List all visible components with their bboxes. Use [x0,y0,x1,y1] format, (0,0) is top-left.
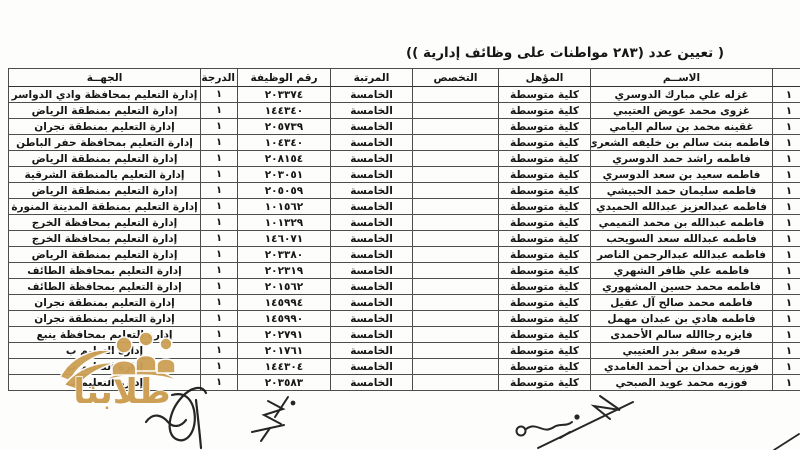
cell-specialization [413,103,499,119]
cell-specialization [413,151,499,167]
cell-entity: إدارة التعليم بمنطقة الرياض [9,183,201,199]
cell-name: فاطمه عبدالعزيز عبدالله الحميدي [591,199,773,215]
cell-job-number: ١٤٥٩٩٠ [238,311,331,327]
cell-entity: إدارة التعليم بمنطقة نجران [9,295,201,311]
table-row: ١ غزوى محمد عويض العتيبي كلية متوسطة الخ… [9,103,800,119]
header-qualification: المؤهل [499,69,591,87]
cell-qualification: كلية متوسطة [499,103,591,119]
cell-grade: ١ [201,247,238,263]
cell-qualification: كلية متوسطة [499,375,591,391]
cell-grade: ١ [201,279,238,295]
cell-specialization [413,199,499,215]
cell-rank: الخامسة [331,183,413,199]
table-row: ١ فاطمه عبدالله بن محمد التميمي كلية متو… [9,215,800,231]
cell-grade: ١ [201,167,238,183]
cell-rank: الخامسة [331,231,413,247]
cell-serial: ١ [773,183,800,199]
cell-job-number: ٢٠٢٣١٩ [238,263,331,279]
cell-entity: إدارة التعليم بمنطقة الرياض [9,247,201,263]
cell-entity: إدارة التعليم بمحافظة حفر الباطن [9,135,201,151]
cell-specialization [413,327,499,343]
cell-name: فاطمه عبدالله بن محمد التميمي [591,215,773,231]
cell-name: فوزيه حمدان بن أحمد الغامدي [591,359,773,375]
cell-name: فاطمه بنت سالم بن خليفه الشعرى [591,135,773,151]
cell-qualification: كلية متوسطة [499,199,591,215]
cell-job-number: ٢٠٥٧٣٩ [238,119,331,135]
cell-serial: ١ [773,135,800,151]
cell-name: فاطمه محمد حسين المشهوري [591,279,773,295]
cell-qualification: كلية متوسطة [499,295,591,311]
cell-grade: ١ [201,343,238,359]
cell-serial: ١ [773,215,800,231]
cell-specialization [413,183,499,199]
cell-specialization [413,343,499,359]
cell-specialization [413,247,499,263]
cell-job-number: ٢٠١٧٦١ [238,343,331,359]
cell-qualification: كلية متوسطة [499,327,591,343]
table-row: ١ فاطمه سليمان حمد الحبيشي كلية متوسطة ا… [9,183,800,199]
header-serial [773,69,800,87]
cell-rank: الخامسة [331,247,413,263]
cell-serial: ١ [773,119,800,135]
cell-job-number: ١٠١٣٢٩ [238,215,331,231]
cell-name: فاطمه علي ظافر الشهري [591,263,773,279]
cell-grade: ١ [201,215,238,231]
cell-entity: إدارة التعليم بمنطقة نجران [9,119,201,135]
cell-rank: الخامسة [331,103,413,119]
cell-qualification: كلية متوسطة [499,87,591,103]
cell-entity: إدارة التعليم بمنطقة الرياض [9,103,201,119]
table-row: ١ فاطمه راشد حمد الدوسري كلية متوسطة الخ… [9,151,800,167]
cell-serial: ١ [773,375,800,391]
cell-entity: إدارة التعليم ب [9,343,201,359]
cell-rank: الخامسة [331,359,413,375]
cell-serial: ١ [773,87,800,103]
signature-corner [774,434,799,450]
cell-name: فاطمه عبدالله عبدالرحمن الناصر [591,247,773,263]
cell-serial: ١ [773,103,800,119]
cell-name: فاطمه محمد صالح آل عقيل [591,295,773,311]
cell-rank: الخامسة [331,151,413,167]
cell-specialization [413,279,499,295]
cell-job-number: ٢٠٣٠٥١ [238,167,331,183]
cell-job-number: ٢٠٣٣٨٠ [238,247,331,263]
cell-specialization [413,215,499,231]
cell-qualification: كلية متوسطة [499,311,591,327]
cell-entity: إدارة التعليم بمنطقة المدينة المنورة [9,199,201,215]
cell-grade: ١ [201,263,238,279]
cell-name: فوزيه محمد عويد الصبحي [591,375,773,391]
table-header-row: الاســم المؤهل التخصص المرتبة رقم الوظيف… [9,69,800,87]
cell-serial: ١ [773,327,800,343]
cell-grade: ١ [201,327,238,343]
cell-rank: الخامسة [331,343,413,359]
cell-serial: ١ [773,199,800,215]
cell-qualification: كلية متوسطة [499,359,591,375]
cell-rank: الخامسة [331,119,413,135]
header-name: الاســم [591,69,773,87]
table-row: ١ فاطمه سعيد بن سعد الدوسري كلية متوسطة … [9,167,800,183]
cell-rank: الخامسة [331,167,413,183]
table-row: ١ فاطمه عبدالعزيز عبدالله الحميدي كلية م… [9,199,800,215]
table-row: ١ فاطمه بنت سالم بن خليفه الشعرى كلية مت… [9,135,800,151]
cell-grade: ١ [201,359,238,375]
cell-qualification: كلية متوسطة [499,151,591,167]
cell-job-number: ٢٠٥٠٥٩ [238,183,331,199]
cell-entity: إدارة التعليم بمنطقة نجران [9,311,201,327]
cell-entity: إدارة التعليم بمحافظة الطائف [9,263,201,279]
table-row: ١ غقينه محمد بن سالم اليامي كلية متوسطة … [9,119,800,135]
cell-name: فاطمه سليمان حمد الحبيشي [591,183,773,199]
cell-serial: ١ [773,247,800,263]
cell-job-number: ١٤٥٩٩٤ [238,295,331,311]
cell-name: فاطمه عبدالله سعد السويحب [591,231,773,247]
cell-job-number: ٢٠٢٧٩١ [238,327,331,343]
signature-center [252,397,294,441]
signature-right [517,396,634,448]
cell-name: فاطمه هادي بن عبدان مهمل [591,311,773,327]
cell-job-number: ٢٠١٥٦٢ [238,279,331,295]
cell-serial: ١ [773,279,800,295]
cell-rank: الخامسة [331,279,413,295]
table-row: ١ غزله علي مبارك الدوسري كلية متوسطة الخ… [9,87,800,103]
cell-job-number: ٢٠٨١٥٤ [238,151,331,167]
header-rank: المرتبة [331,69,413,87]
cell-job-number: ١٠١٥٦٢ [238,199,331,215]
table-row: ١ فاطمه علي ظافر الشهري كلية متوسطة الخا… [9,263,800,279]
header-entity: الجهــة [9,69,201,87]
cell-grade: ١ [201,135,238,151]
cell-grade: ١ [201,183,238,199]
table-row: ١ فوزيه محمد عويد الصبحي كلية متوسطة الخ… [9,375,800,391]
cell-grade: ١ [201,199,238,215]
cell-grade: ١ [201,295,238,311]
cell-job-number: ١٤٤٣٤٠ [238,103,331,119]
cell-qualification: كلية متوسطة [499,167,591,183]
cell-rank: الخامسة [331,215,413,231]
cell-specialization [413,135,499,151]
cell-entity: إدارة التعليم بمحافظة الخرج [9,215,201,231]
cell-job-number: ٢٠٣٣٧٤ [238,87,331,103]
table-row: ١ فاطمه عبدالله سعد السويحب كلية متوسطة … [9,231,800,247]
cell-name: فاطمه راشد حمد الدوسري [591,151,773,167]
cell-grade: ١ [201,87,238,103]
cell-name: غزوى محمد عويض العتيبي [591,103,773,119]
cell-serial: ١ [773,359,800,375]
page-title: ( تعيين عدد (٢٨٣ مواطنات على وظائف إداري… [333,43,797,63]
cell-serial: ١ [773,343,800,359]
cell-job-number: ٢٠٣٥٨٣ [238,375,331,391]
cell-specialization [413,231,499,247]
table-row: ١ فايزه رجاالله سالم الأحمدى كلية متوسطة… [9,327,800,343]
cell-entity: إدارة التعليم ب [9,359,201,375]
table-row: ١ فاطمه محمد صالح آل عقيل كلية متوسطة ال… [9,295,800,311]
cell-name: فريده سفر بدر العتيبي [591,343,773,359]
cell-rank: الخامسة [331,327,413,343]
cell-serial: ١ [773,151,800,167]
cell-entity: إدارة التعليم بمحافظة ينبع [9,327,201,343]
cell-name: غقينه محمد بن سالم اليامي [591,119,773,135]
cell-serial: ١ [773,231,800,247]
header-job-number: رقم الوظيفة [238,69,331,87]
table-row: ١ فاطمه عبدالله عبدالرحمن الناصر كلية مت… [9,247,800,263]
cell-qualification: كلية متوسطة [499,247,591,263]
cell-entity: إدارة التعليم بمحافظة الطائف [9,279,201,295]
cell-specialization [413,295,499,311]
cell-serial: ١ [773,167,800,183]
cell-specialization [413,311,499,327]
cell-qualification: كلية متوسطة [499,263,591,279]
cell-qualification: كلية متوسطة [499,231,591,247]
header-specialization: التخصص [413,69,499,87]
table-row: ١ فوزيه حمدان بن أحمد الغامدي كلية متوسط… [9,359,800,375]
cell-specialization [413,167,499,183]
cell-entity: إدارة التعليم بالمنطقة الشرقية [9,167,201,183]
cell-qualification: كلية متوسطة [499,135,591,151]
cell-job-number: ١٠٤٣٤٠ [238,135,331,151]
cell-specialization [413,87,499,103]
cell-grade: ١ [201,103,238,119]
cell-qualification: كلية متوسطة [499,279,591,295]
cell-rank: الخامسة [331,295,413,311]
cell-grade: ١ [201,231,238,247]
cell-specialization [413,359,499,375]
cell-job-number: ١٤٦٠٧١ [238,231,331,247]
cell-entity: إدارة التعليم بمحافظة الخرج [9,231,201,247]
table-row: ١ فاطمه محمد حسين المشهوري كلية متوسطة ا… [9,279,800,295]
cell-job-number: ١٤٤٣٠٤ [238,359,331,375]
cell-rank: الخامسة [331,87,413,103]
table-row: ١ فاطمه هادي بن عبدان مهمل كلية متوسطة ا… [9,311,800,327]
cell-entity: إدارة التعليم بمنطقة الرياض [9,151,201,167]
cell-rank: الخامسة [331,199,413,215]
appointments-table: الاســم المؤهل التخصص المرتبة رقم الوظيف… [8,68,800,391]
cell-qualification: كلية متوسطة [499,183,591,199]
cell-specialization [413,119,499,135]
cell-qualification: كلية متوسطة [499,215,591,231]
cell-entity: إدارة التعليم بمحافظة وادي الدواسر [9,87,201,103]
header-grade: الدرجة [201,69,238,87]
cell-serial: ١ [773,295,800,311]
cell-rank: الخامسة [331,263,413,279]
cell-name: غزله علي مبارك الدوسري [591,87,773,103]
cell-serial: ١ [773,311,800,327]
cell-serial: ١ [773,263,800,279]
table-row: ١ فريده سفر بدر العتيبي كلية متوسطة الخا… [9,343,800,359]
cell-qualification: كلية متوسطة [499,119,591,135]
cell-rank: الخامسة [331,375,413,391]
cell-grade: ١ [201,151,238,167]
cell-name: فاطمه سعيد بن سعد الدوسري [591,167,773,183]
cell-name: فايزه رجاالله سالم الأحمدى [591,327,773,343]
cell-specialization [413,375,499,391]
cell-grade: ١ [201,375,238,391]
cell-qualification: كلية متوسطة [499,343,591,359]
cell-entity: إدارة التعليم ب [9,375,201,391]
signature-left [146,388,206,448]
cell-rank: الخامسة [331,135,413,151]
cell-grade: ١ [201,119,238,135]
cell-grade: ١ [201,311,238,327]
cell-specialization [413,263,499,279]
cell-rank: الخامسة [331,311,413,327]
scanned-document-page: ( تعيين عدد (٢٨٣ مواطنات على وظائف إداري… [0,0,800,450]
